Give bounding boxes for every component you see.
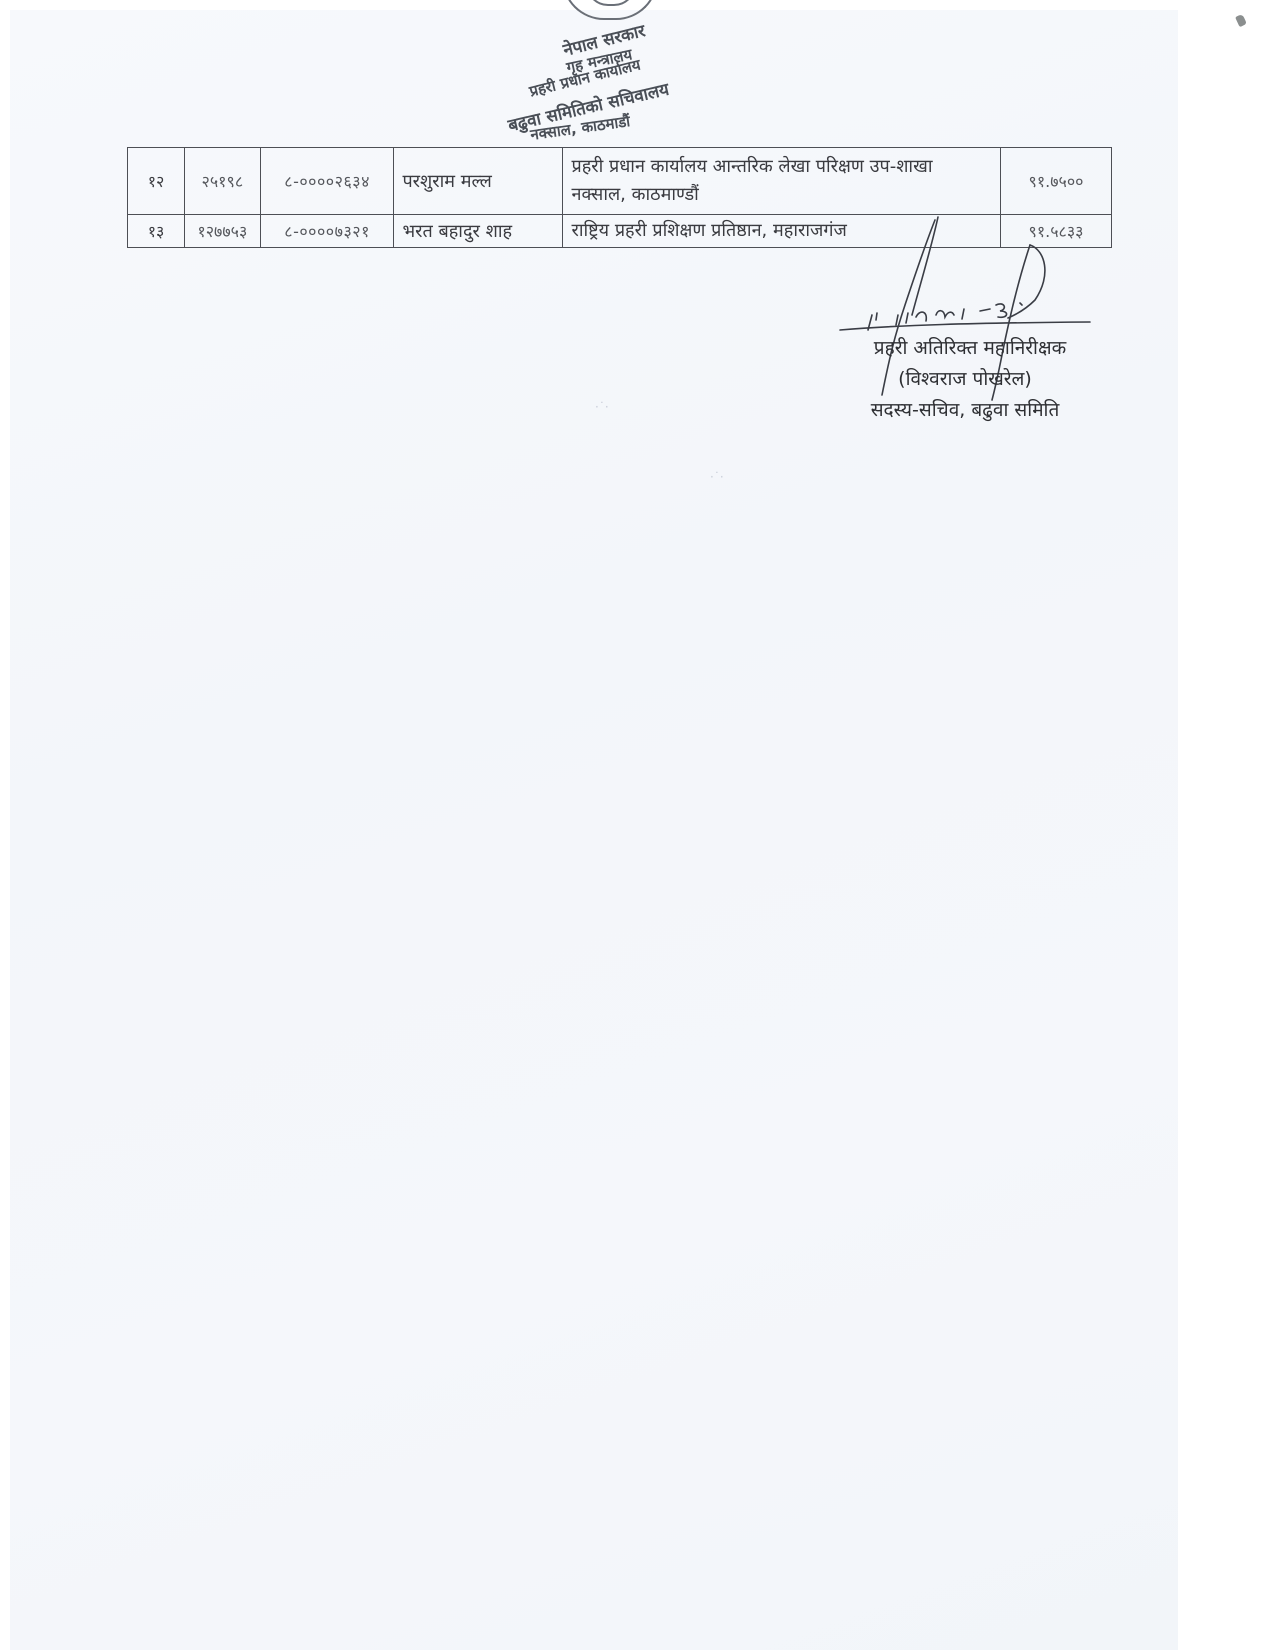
code-cell: ८-००००७३२१ bbox=[260, 215, 394, 248]
code-cell: ८-००००२६३४ bbox=[260, 148, 394, 215]
signatory-designation: प्रहरी अतिरिक्त महानिरीक्षक bbox=[840, 333, 1100, 364]
serial-cell: १३ bbox=[128, 215, 185, 248]
number-cell: २५१९८ bbox=[185, 148, 261, 215]
signatory-name: (विश्वराज पोखरेल) bbox=[830, 364, 1100, 395]
signature-block: प्रहरी अतिरिक्त महानिरीक्षक (विश्वराज पो… bbox=[830, 333, 1100, 426]
bleed-through-mark: ·˙· bbox=[595, 400, 609, 414]
official-stamp: नेपाल सरकार गृह मन्त्रालय प्रहरी प्रधान … bbox=[500, 0, 720, 150]
name-cell: परशुराम मल्ल bbox=[394, 148, 563, 215]
bleed-through-mark: ·˙· bbox=[710, 470, 724, 484]
name-cell: भरत बहादुर शाह bbox=[394, 215, 563, 248]
signatory-role: सदस्य-सचिव, बढुवा समिति bbox=[830, 395, 1100, 426]
emblem-icon bbox=[562, 0, 658, 20]
scan-speck bbox=[1235, 14, 1247, 27]
number-cell: १२७७५३ bbox=[185, 215, 261, 248]
serial-cell: १२ bbox=[128, 148, 185, 215]
